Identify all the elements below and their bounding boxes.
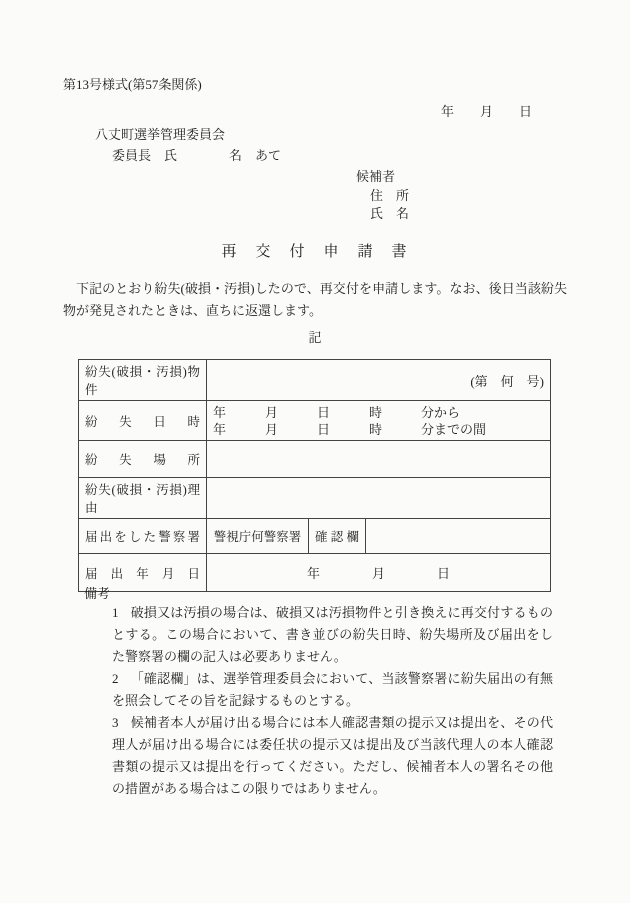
application-table: 紛失(破損・汚損)物件 (第 何 号) 紛失日時 年 月 日 時 分から 年 月… [78, 359, 551, 592]
remark-number-1: 1 [112, 605, 119, 620]
lost-item-label: 紛失(破損・汚損)物件 [79, 360, 207, 401]
remark-item-2: 2「確認欄」は、選挙管理委員会において、当該警察署に紛失届出の有無を照会してその… [112, 668, 553, 712]
document-page: 第13号様式(第57条関係) 年 月 日 八丈町選挙管理委員会 委員長 氏 名 … [0, 0, 630, 903]
remark-text-3: 候補者本人が届け出る場合には本人確認書類の提示又は提出を、その代理人が届け出る場… [112, 715, 553, 796]
remark-number-3: 3 [112, 715, 119, 730]
lost-datetime-value: 年 月 日 時 分から 年 月 日 時 分までの間 [207, 401, 551, 441]
remark-item-3: 3候補者本人が届け出る場合には本人確認書類の提示又は提出を、その代理人が届け出る… [112, 712, 553, 800]
lost-place-value [207, 441, 551, 478]
form-number: 第13号様式(第57条関係) [63, 74, 202, 93]
lost-item-value: (第 何 号) [207, 360, 551, 401]
remark-text-2: 「確認欄」は、選挙管理委員会において、当該警察署に紛失届出の有無を照会してその旨… [112, 671, 553, 708]
addressee-committee: 八丈町選挙管理委員会 [95, 124, 225, 143]
confirm-column-value [366, 519, 551, 554]
date-line: 年 月 日 [441, 101, 532, 120]
candidate-role-label: 候補者 [356, 166, 395, 185]
table-row-lost-reason: 紛失(破損・汚損)理由 [79, 478, 551, 519]
table-row-lost-place: 紛失場所 [79, 441, 551, 478]
police-station-value: 警視庁何警察署 [207, 519, 309, 554]
police-station-label: 届出をした警察署 [79, 519, 207, 554]
lost-datetime-label: 紛失日時 [79, 401, 207, 441]
addressee-chairman: 委員長 氏 名 あて [112, 145, 281, 164]
lost-reason-value [207, 478, 551, 519]
record-mark: 記 [0, 327, 630, 346]
application-statement: 下記のとおり紛失(破損・汚損)したので、再交付を申請します。なお、後日当該紛失物… [63, 278, 567, 322]
table-row-police-station: 届出をした警察署 警視庁何警察署 確認欄 [79, 519, 551, 554]
table-row-lost-item: 紛失(破損・汚損)物件 (第 何 号) [79, 360, 551, 401]
confirm-column-label: 確認欄 [309, 519, 366, 554]
remark-text-1: 破損又は汚損の場合は、破損又は汚損物件と引き換えに再交付するものとする。この場合… [112, 605, 553, 664]
candidate-name-label: 氏 名 [370, 203, 409, 222]
remarks-list: 1破損又は汚損の場合は、破損又は汚損物件と引き換えに再交付するものとする。この場… [112, 602, 553, 800]
remark-number-2: 2 [112, 671, 119, 686]
table-row-lost-datetime: 紛失日時 年 月 日 時 分から 年 月 日 時 分までの間 [79, 401, 551, 441]
report-date-value: 年 月 日 [207, 554, 551, 592]
table-row-report-date: 届出年月日 年 月 日 [79, 554, 551, 592]
lost-reason-label: 紛失(破損・汚損)理由 [79, 478, 207, 519]
lost-datetime-from: 年 月 日 時 分から [213, 404, 544, 421]
remark-item-1: 1破損又は汚損の場合は、破損又は汚損物件と引き換えに再交付するものとする。この場… [112, 602, 553, 668]
lost-datetime-to: 年 月 日 時 分までの間 [213, 421, 544, 438]
document-title: 再 交 付 申 請 書 [0, 240, 630, 261]
candidate-address-label: 住 所 [370, 185, 409, 204]
remarks-heading: 備考 [84, 583, 110, 602]
lost-place-label: 紛失場所 [79, 441, 207, 478]
